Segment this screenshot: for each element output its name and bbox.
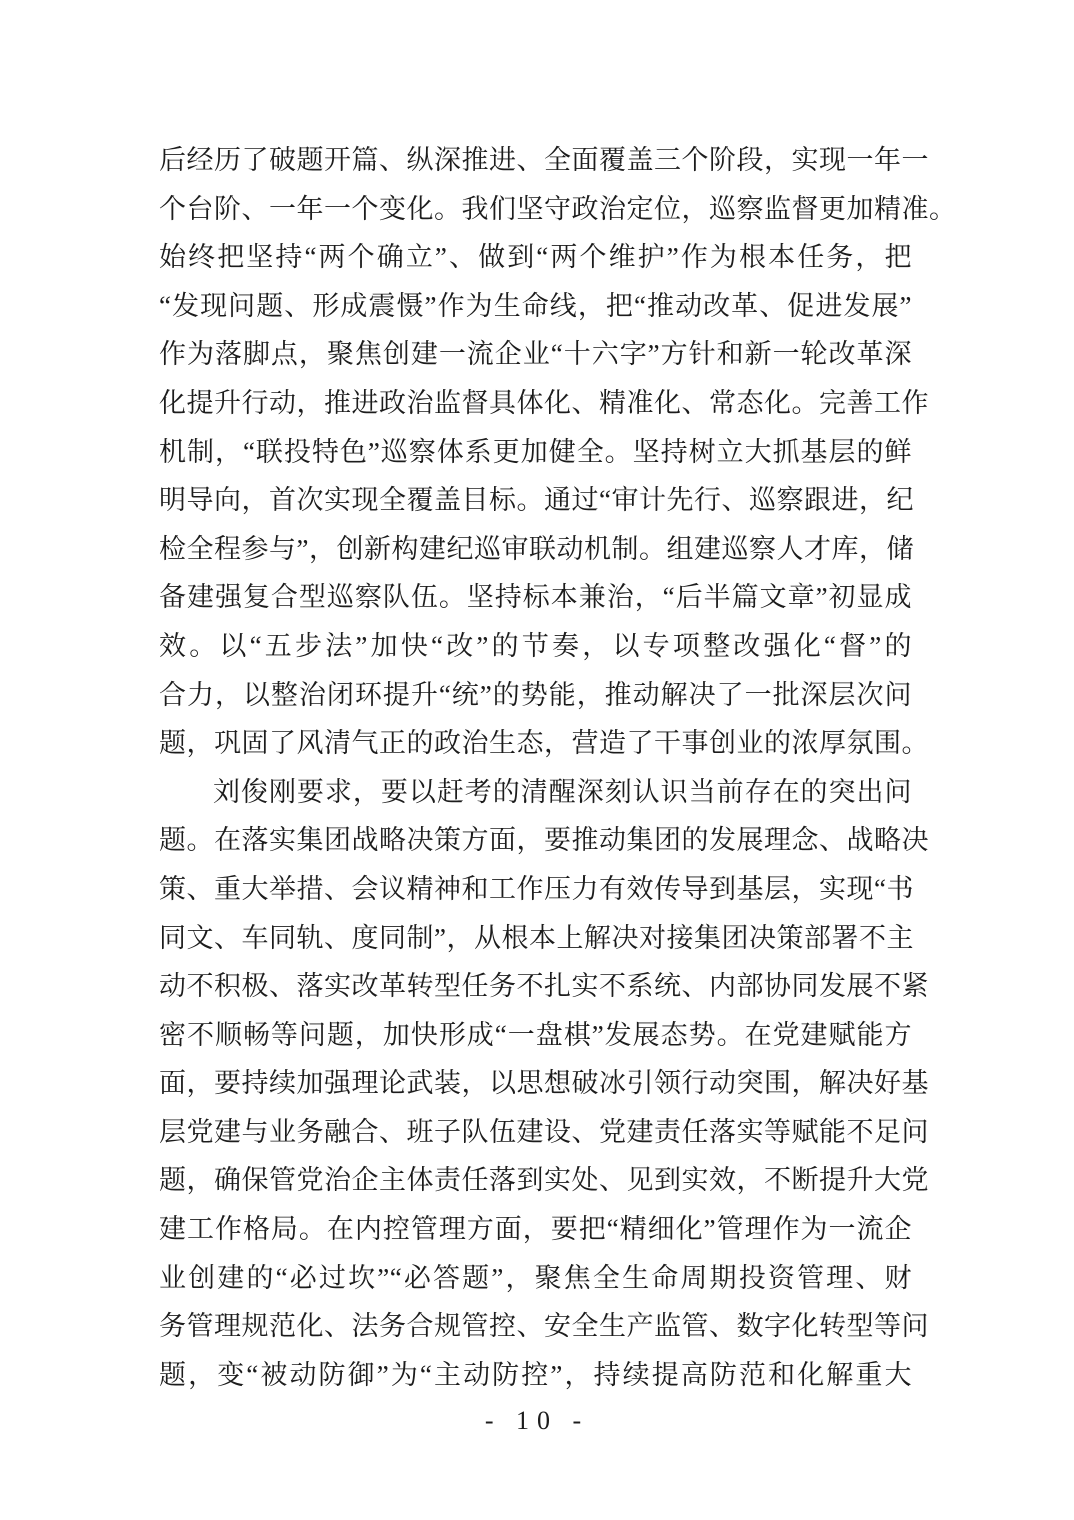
document-body: 后经历了破题开篇、纵深推进、全面覆盖三个阶段，实现一年一个台阶、一年一个变化。我… [159, 136, 912, 1399]
text-line: 机制，“联投特色”巡察体系更加健全。坚持树立大抓基层的鲜 [159, 428, 912, 477]
text-line: 始终把坚持“两个确立”、做到“两个维护”作为根本任务，把 [159, 233, 912, 282]
text-line: 同文、车同轨、度同制”，从根本上解决对接集团决策部署不主 [159, 914, 912, 963]
text-line: 题，巩固了风清气正的政治生态，营造了干事创业的浓厚氛围。 [159, 719, 912, 768]
text-line: 备建强复合型巡察队伍。坚持标本兼治，“后半篇文章”初显成 [159, 573, 912, 622]
text-line: 个台阶、一年一个变化。我们坚守政治定位，巡察监督更加精准。 [159, 185, 912, 234]
document-page: 后经历了破题开篇、纵深推进、全面覆盖三个阶段，实现一年一个台阶、一年一个变化。我… [0, 0, 1074, 1520]
text-line: 务管理规范化、法务合规管控、安全生产监管、数字化转型等问 [159, 1302, 912, 1351]
text-line: 效。以“五步法”加快“改”的节奏，以专项整改强化“督”的 [159, 622, 912, 671]
text-line: 题，确保管党治企主体责任落到实处、见到实效，不断提升大党 [159, 1156, 912, 1205]
text-line: 明导向，首次实现全覆盖目标。通过“审计先行、巡察跟进，纪 [159, 476, 912, 525]
text-line: 合力，以整治闭环提升“统”的势能，推动解决了一批深层次问 [159, 671, 912, 720]
text-line: 化提升行动，推进政治监督具体化、精准化、常态化。完善工作 [159, 379, 912, 428]
text-line: 后经历了破题开篇、纵深推进、全面覆盖三个阶段，实现一年一 [159, 136, 912, 185]
text-line: 建工作格局。在内控管理方面，要把“精细化”管理作为一流企 [159, 1205, 912, 1254]
text-line: 作为落脚点，聚焦创建一流企业“十六字”方针和新一轮改革深 [159, 330, 912, 379]
text-line: 题。在落实集团战略决策方面，要推动集团的发展理念、战略决 [159, 816, 912, 865]
text-line: 题，变“被动防御”为“主动防控”，持续提高防范和化解重大 [159, 1351, 912, 1400]
text-line: 层党建与业务融合、班子队伍建设、党建责任落实等赋能不足问 [159, 1108, 912, 1157]
text-line: 刘俊刚要求，要以赶考的清醒深刻认识当前存在的突出问 [159, 768, 912, 817]
text-line: 面，要持续加强理论武装，以思想破冰引领行动突围，解决好基 [159, 1059, 912, 1108]
text-line: 业创建的“必过坎”“必答题”，聚焦全生命周期投资管理、财 [159, 1254, 912, 1303]
text-line: 密不顺畅等问题，加快形成“一盘棋”发展态势。在党建赋能方 [159, 1011, 912, 1060]
text-line: 策、重大举措、会议精神和工作压力有效传导到基层，实现“书 [159, 865, 912, 914]
page-number: - 10 - [0, 1406, 1074, 1436]
text-line: “发现问题、形成震慑”作为生命线，把“推动改革、促进发展” [159, 282, 912, 331]
text-line: 动不积极、落实改革转型任务不扎实不系统、内部协同发展不紧 [159, 962, 912, 1011]
text-line: 检全程参与”，创新构建纪巡审联动机制。组建巡察人才库，储 [159, 525, 912, 574]
